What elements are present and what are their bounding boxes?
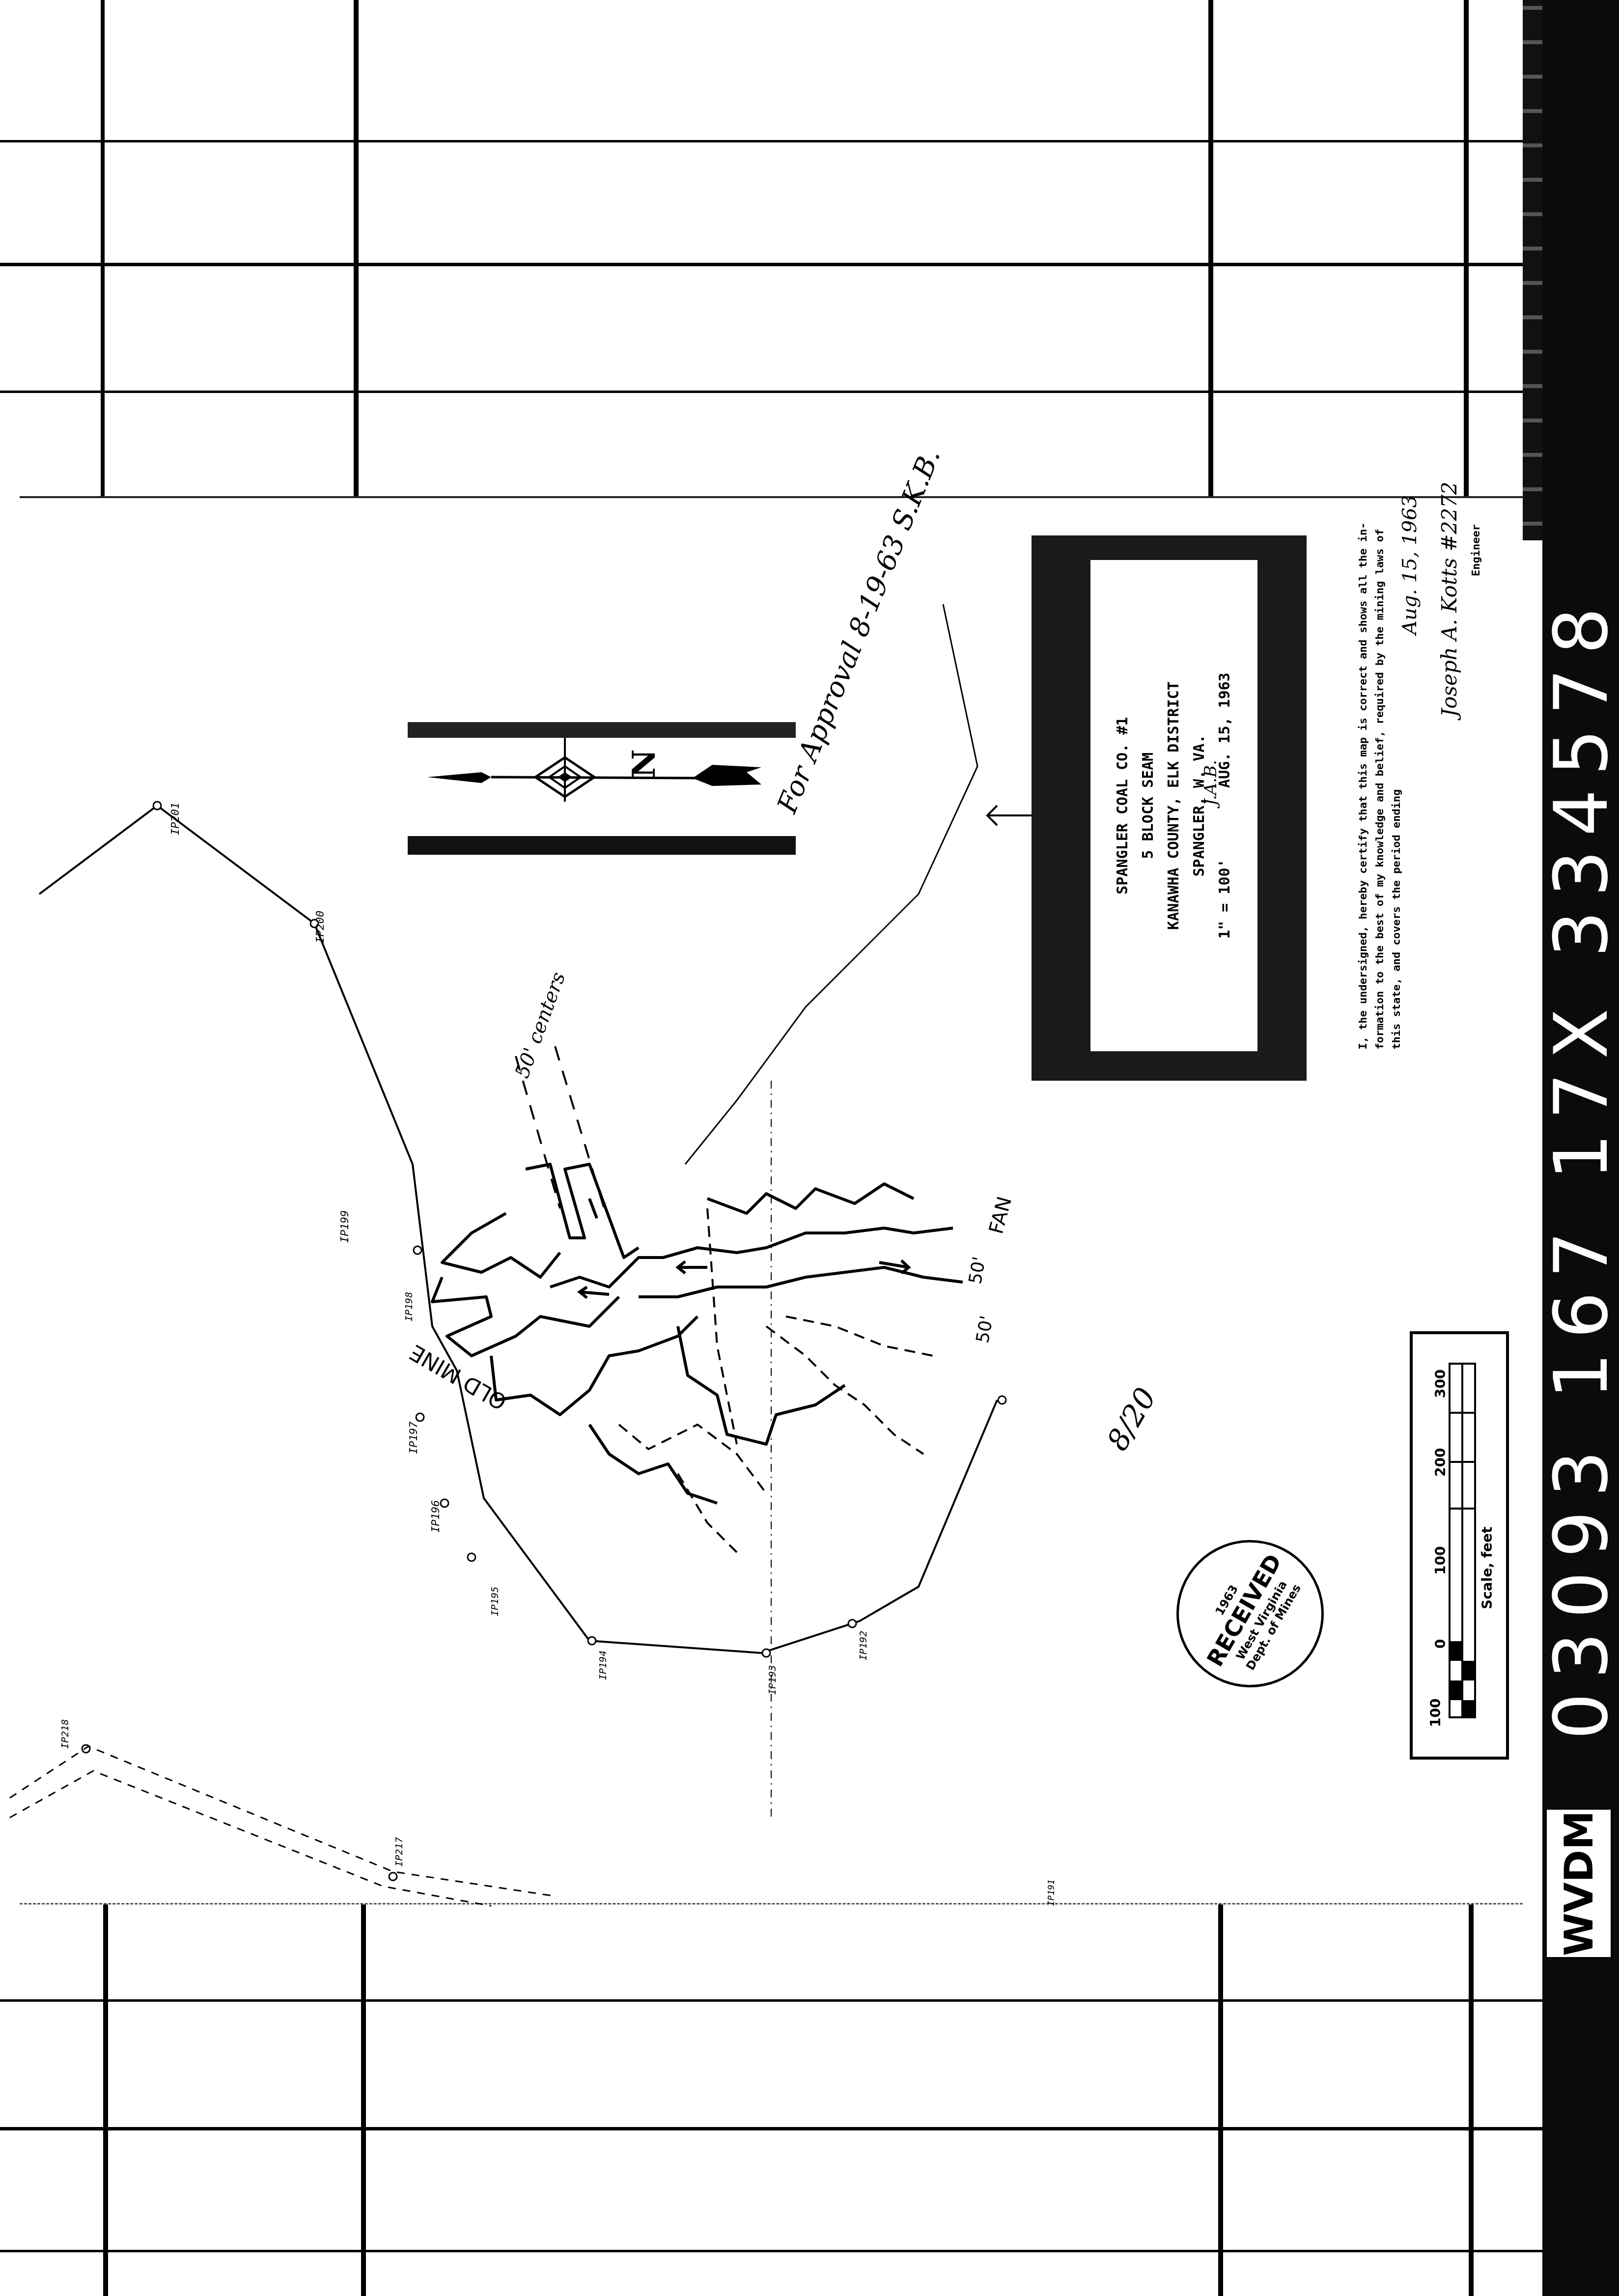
- title-block-text: SPANGLER COAL CO. #1 5 BLOCK SEAM KANAWH…: [1110, 672, 1238, 939]
- certification-text: I, the undersigned, hereby certify that …: [1355, 523, 1405, 1050]
- title-scale-date: 1" = 100' AUG. 15, 1963: [1212, 672, 1238, 939]
- scale-tick: 100: [1427, 1699, 1444, 1727]
- title-initials: J.A.B.: [1201, 760, 1221, 806]
- survey-point-label: IP218: [59, 1719, 71, 1749]
- engineer-role: Engineer: [1470, 524, 1482, 576]
- survey-point-label: IP197: [408, 1422, 420, 1454]
- mine-workings-drawing: [0, 0, 1619, 2296]
- certification-line: I, the undersigned, hereby certify that …: [1355, 523, 1372, 1050]
- engineer-signature: Joseph A. Kotts #2272: [1437, 481, 1461, 717]
- title-company: SPANGLER COAL CO. #1: [1110, 672, 1136, 939]
- scale-tick: 300: [1432, 1370, 1449, 1398]
- north-arrow-block: N: [408, 722, 796, 855]
- north-label: N: [626, 749, 663, 778]
- title-scale: 1" = 100': [1216, 859, 1233, 939]
- survey-point-label: IP201: [169, 803, 182, 835]
- survey-point-label: IP196: [430, 1500, 442, 1533]
- survey-point-label: IP200: [314, 911, 327, 943]
- survey-point-label: IP198: [403, 1292, 415, 1321]
- film-reference: 03093 167 17X 334578: [1547, 565, 1616, 1768]
- survey-point-label: IP195: [489, 1587, 501, 1616]
- scale-tick: 200: [1432, 1448, 1449, 1477]
- film-reference-number: 03093 167 17X 334578: [1539, 594, 1619, 1740]
- title-town: SPANGLER, W. VA.: [1187, 672, 1212, 939]
- archive-label: WVDM: [1545, 1808, 1613, 1959]
- received-stamp: 1963 RECEIVED West Virginia Dept. of Min…: [1176, 1540, 1324, 1687]
- survey-point-label: IP217: [393, 1837, 405, 1867]
- title-location: KANAWHA COUNTY, ELK DISTRICT: [1161, 672, 1187, 939]
- title-seam: 5 BLOCK SEAM: [1136, 672, 1161, 939]
- survey-point-label: IP192: [857, 1631, 869, 1660]
- scale-bar: 100 0 100 200 300 Scale, feet: [1410, 1331, 1509, 1760]
- certification-period-ending: Aug. 15, 1963: [1398, 495, 1421, 635]
- survey-point-label: IP191: [1046, 1879, 1057, 1906]
- scale-label: Scale, feet: [1479, 1527, 1495, 1609]
- engineer-certification: I, the undersigned, hereby certify that …: [1326, 467, 1523, 1105]
- survey-point-label: IP199: [339, 1210, 351, 1243]
- survey-point-label: IP194: [597, 1651, 609, 1680]
- scale-tick: 100: [1432, 1546, 1449, 1575]
- title-block: SPANGLER COAL CO. #1 5 BLOCK SEAM KANAWH…: [1032, 535, 1307, 1081]
- archive-label-text: WVDM: [1556, 1811, 1602, 1956]
- certification-line: formation to the best of my knowledge an…: [1372, 523, 1389, 1050]
- scale-tick: 0: [1432, 1639, 1449, 1649]
- property-boundary: [39, 806, 997, 1653]
- north-arrow-icon: [408, 738, 796, 802]
- stamp-text: 1963 RECEIVED West Virginia Dept. of Min…: [1190, 1542, 1311, 1684]
- title-block-inner: SPANGLER COAL CO. #1 5 BLOCK SEAM KANAWH…: [1090, 560, 1257, 1051]
- survey-point-label: IP193: [766, 1665, 778, 1695]
